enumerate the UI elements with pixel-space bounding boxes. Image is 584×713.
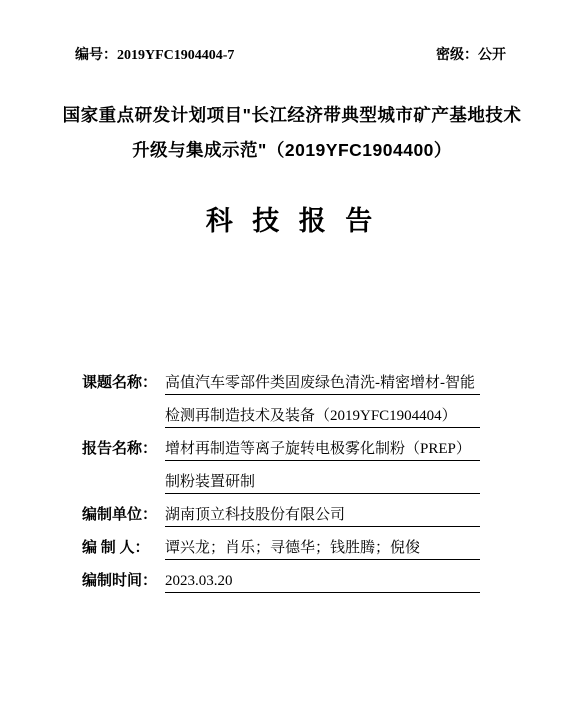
fields-block: 课题名称： 高值汽车零部件类固废绿色清洗-精密增材-智能 检测再制造技术及装备（… <box>82 362 480 593</box>
doc-number-value: 2019YFC1904404-7 <box>117 48 234 63</box>
security-level-label: 密级： <box>436 48 478 63</box>
field-label: 编制单位： <box>82 494 165 527</box>
field-label: 课题名称： <box>82 362 165 395</box>
project-title-line-2: 升级与集成示范"（2019YFC1904400） <box>30 133 554 168</box>
field-value-line: 湖南顶立科技股份有限公司 <box>165 494 480 527</box>
field-row-topic-name: 课题名称： 高值汽车零部件类固废绿色清洗-精密增材-智能 检测再制造技术及装备（… <box>82 362 480 428</box>
field-row-report-name: 报告名称： 增材再制造等离子旋转电极雾化制粉（PREP） 制粉装置研制 <box>82 428 480 494</box>
report-heading: 科 技 报 告 <box>0 199 584 238</box>
field-value-line: 增材再制造等离子旋转电极雾化制粉（PREP） <box>165 428 480 461</box>
doc-number: 编号：2019YFC1904404-7 <box>75 44 234 64</box>
field-label: 编 制 人： <box>82 527 165 560</box>
security-level: 密级：公开 <box>436 44 506 64</box>
field-row-organization: 编制单位： 湖南顶立科技股份有限公司 <box>82 494 480 527</box>
field-values: 高值汽车零部件类固废绿色清洗-精密增材-智能 检测再制造技术及装备（2019YF… <box>165 362 480 428</box>
header-row: 编号：2019YFC1904404-7 密级：公开 <box>75 44 506 64</box>
field-values: 增材再制造等离子旋转电极雾化制粉（PREP） 制粉装置研制 <box>165 428 480 494</box>
report-cover-page: 编号：2019YFC1904404-7 密级：公开 国家重点研发计划项目"长江经… <box>0 0 584 713</box>
field-value-line: 谭兴龙；肖乐；寻德华；钱胜腾；倪俊 <box>165 527 480 560</box>
field-row-authors: 编 制 人： 谭兴龙；肖乐；寻德华；钱胜腾；倪俊 <box>82 527 480 560</box>
field-values: 2023.03.20 <box>165 560 480 593</box>
field-value-line: 制粉装置研制 <box>165 461 480 494</box>
field-value-line: 高值汽车零部件类固废绿色清洗-精密增材-智能 <box>165 362 480 395</box>
field-label: 编制时间： <box>82 560 165 593</box>
field-values: 谭兴龙；肖乐；寻德华；钱胜腾；倪俊 <box>165 527 480 560</box>
field-label: 报告名称： <box>82 428 165 461</box>
field-row-date: 编制时间： 2023.03.20 <box>82 560 480 593</box>
field-value-line: 检测再制造技术及装备（2019YFC1904404） <box>165 395 480 428</box>
doc-number-label: 编号： <box>75 48 117 63</box>
field-values: 湖南顶立科技股份有限公司 <box>165 494 480 527</box>
project-title: 国家重点研发计划项目"长江经济带典型城市矿产基地技术 升级与集成示范"（2019… <box>30 98 554 168</box>
security-level-value: 公开 <box>478 48 506 63</box>
field-value-line: 2023.03.20 <box>165 560 480 593</box>
project-title-line-1: 国家重点研发计划项目"长江经济带典型城市矿产基地技术 <box>30 98 554 133</box>
